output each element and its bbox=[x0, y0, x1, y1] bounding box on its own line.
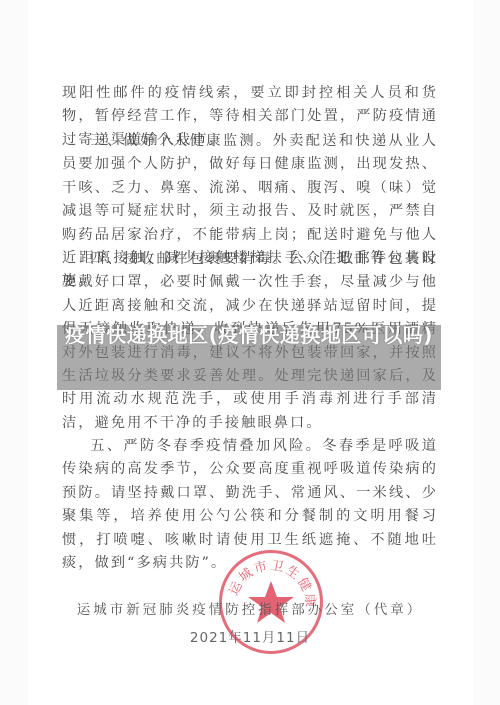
paragraph-text: 五、严防冬春季疫情叠加风险。冬春季是呼吸道传染病的高发季节，公众要高度重视呼吸道… bbox=[62, 438, 438, 571]
signature-office: 运城市新冠肺炎疫情防控指挥部办公室（代章） bbox=[0, 598, 500, 618]
signature-date: 2021年11月11日 bbox=[0, 626, 500, 646]
banner-title: 疫情快递换地区(疫情快递换地区可以吗) bbox=[57, 323, 441, 347]
